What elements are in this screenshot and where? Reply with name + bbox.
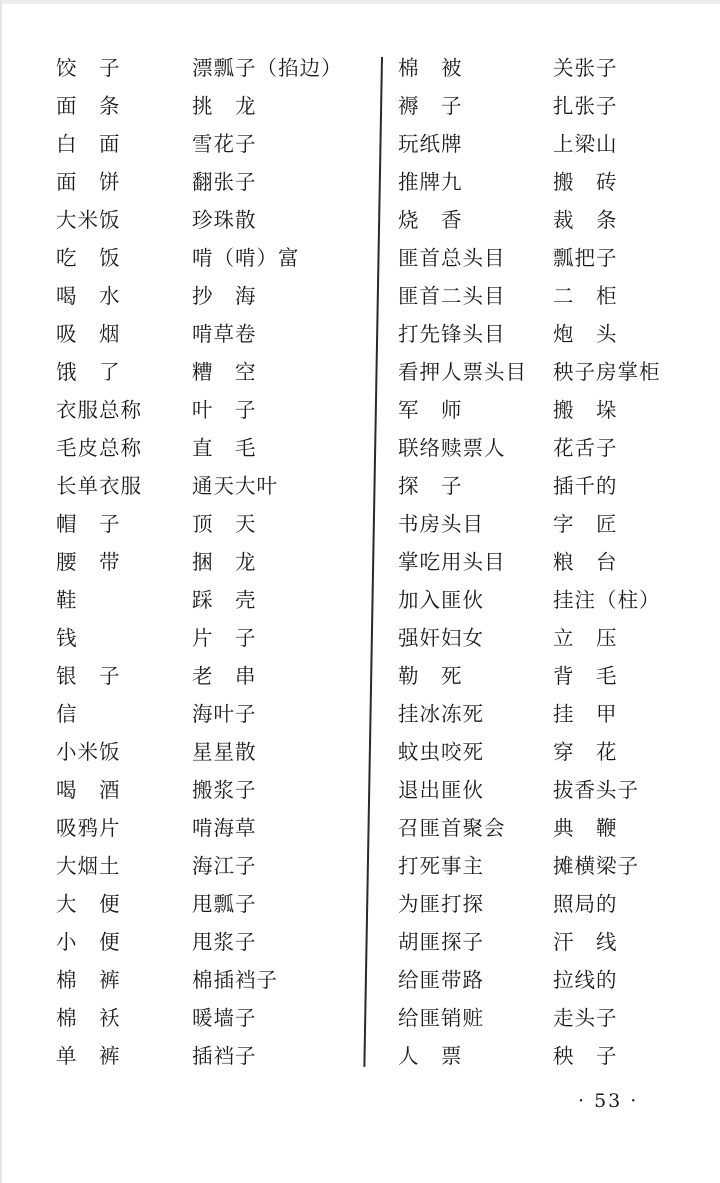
term-cell: 退出匪伙 — [398, 771, 527, 809]
term-cell: 信 — [56, 695, 142, 733]
slang-cell: 立 压 — [553, 619, 661, 657]
term-cell: 匪首总头目 — [398, 239, 527, 277]
slang-cell: 甩瓢子 — [192, 885, 343, 923]
term-cell: 毛皮总称 — [56, 429, 142, 467]
page-number: · 53 · — [578, 1090, 638, 1112]
term-cell: 大烟土 — [56, 847, 142, 885]
term-cell: 喝 酒 — [56, 771, 142, 809]
slang-cell: 叶 子 — [192, 391, 343, 429]
slang-cell: 珍珠散 — [192, 201, 343, 239]
slang-cell: 甩浆子 — [192, 923, 343, 961]
slang-cell: 秧 子 — [553, 1037, 661, 1075]
term-cell: 吸 烟 — [56, 315, 142, 353]
term-cell: 单 裤 — [56, 1037, 142, 1075]
right-term-column: 棉 被褥 子玩纸牌推牌九烧 香匪首总头目匪首二头目打先锋头目看押人票头目军 师联… — [398, 49, 527, 1075]
term-cell: 鞋 — [56, 581, 142, 619]
right-slang-column: 关张子扎张子上梁山搬 砖裁 条瓢把子二 柜炮 头秧子房掌柜搬 垛花舌子插千的字 … — [553, 49, 661, 1075]
term-cell: 玩纸牌 — [398, 125, 527, 163]
slang-cell: 抄 海 — [192, 277, 343, 315]
term-cell: 给匪带路 — [398, 961, 527, 999]
slang-cell: 炮 头 — [553, 315, 661, 353]
term-cell: 小 便 — [56, 923, 142, 961]
slang-cell: 片 子 — [192, 619, 343, 657]
slang-cell: 啃（啃）富 — [192, 239, 343, 277]
term-cell: 面 饼 — [56, 163, 142, 201]
slang-cell: 暖墙子 — [192, 999, 343, 1037]
term-cell: 人 票 — [398, 1037, 527, 1075]
term-cell: 挂冰冻死 — [398, 695, 527, 733]
slang-cell: 照局的 — [553, 885, 661, 923]
slang-cell: 背 毛 — [553, 657, 661, 695]
term-cell: 强奸妇女 — [398, 619, 527, 657]
term-cell: 棉 被 — [398, 49, 527, 87]
term-cell: 打先锋头目 — [398, 315, 527, 353]
term-cell: 匪首二头目 — [398, 277, 527, 315]
slang-cell: 直 毛 — [192, 429, 343, 467]
slang-cell: 捆 龙 — [192, 543, 343, 581]
slang-cell: 走头子 — [553, 999, 661, 1037]
term-cell: 探 子 — [398, 467, 527, 505]
left-term-column: 饺 子面 条白 面面 饼大米饭吃 饭喝 水吸 烟饿 了衣服总称毛皮总称长单衣服帽… — [56, 49, 142, 1075]
slang-cell: 二 柜 — [553, 277, 661, 315]
slang-cell: 海江子 — [192, 847, 343, 885]
slang-cell: 顶 天 — [192, 505, 343, 543]
slang-cell: 关张子 — [553, 49, 661, 87]
slang-cell: 搬浆子 — [192, 771, 343, 809]
slang-cell: 啃海草 — [192, 809, 343, 847]
slang-cell: 瓢把子 — [553, 239, 661, 277]
term-cell: 掌吃用头目 — [398, 543, 527, 581]
term-cell: 召匪首聚会 — [398, 809, 527, 847]
slang-cell: 秧子房掌柜 — [553, 353, 661, 391]
term-cell: 钱 — [56, 619, 142, 657]
term-cell: 为匪打探 — [398, 885, 527, 923]
slang-cell: 海叶子 — [192, 695, 343, 733]
slang-cell: 翻张子 — [192, 163, 343, 201]
term-cell: 长单衣服 — [56, 467, 142, 505]
term-cell: 军 师 — [398, 391, 527, 429]
slang-cell: 挑 龙 — [192, 87, 343, 125]
page-left-edge — [0, 0, 2, 1183]
term-cell: 吸鸦片 — [56, 809, 142, 847]
slang-cell: 插裆子 — [192, 1037, 343, 1075]
term-cell: 棉 裤 — [56, 961, 142, 999]
term-cell: 帽 子 — [56, 505, 142, 543]
term-cell: 大米饭 — [56, 201, 142, 239]
slang-cell: 雪花子 — [192, 125, 343, 163]
slang-cell: 老 串 — [192, 657, 343, 695]
term-cell: 给匪销赃 — [398, 999, 527, 1037]
term-cell: 小米饭 — [56, 733, 142, 771]
slang-cell: 踩 壳 — [192, 581, 343, 619]
term-cell: 白 面 — [56, 125, 142, 163]
slang-cell: 扎张子 — [553, 87, 661, 125]
term-cell: 饺 子 — [56, 49, 142, 87]
term-cell: 烧 香 — [398, 201, 527, 239]
page-top-edge — [0, 0, 720, 4]
term-cell: 联络赎票人 — [398, 429, 527, 467]
slang-cell: 搬 垛 — [553, 391, 661, 429]
slang-cell: 通天大叶 — [192, 467, 343, 505]
slang-cell: 挂 甲 — [553, 695, 661, 733]
slang-cell: 花舌子 — [553, 429, 661, 467]
term-cell: 胡匪探子 — [398, 923, 527, 961]
term-cell: 喝 水 — [56, 277, 142, 315]
left-slang-column: 漂瓢子（掐边）挑 龙雪花子翻张子珍珠散啃（啃）富抄 海啃草卷糟 空叶 子直 毛通… — [192, 49, 343, 1075]
term-cell: 蚊虫咬死 — [398, 733, 527, 771]
term-cell: 银 子 — [56, 657, 142, 695]
slang-cell: 糟 空 — [192, 353, 343, 391]
slang-cell: 漂瓢子（掐边） — [192, 49, 343, 87]
slang-cell: 拉线的 — [553, 961, 661, 999]
slang-cell: 字 匠 — [553, 505, 661, 543]
slang-cell: 啃草卷 — [192, 315, 343, 353]
slang-cell: 穿 花 — [553, 733, 661, 771]
term-cell: 腰 带 — [56, 543, 142, 581]
slang-cell: 摊横梁子 — [553, 847, 661, 885]
term-cell: 面 条 — [56, 87, 142, 125]
slang-cell: 星星散 — [192, 733, 343, 771]
term-cell: 推牌九 — [398, 163, 527, 201]
term-cell: 吃 饭 — [56, 239, 142, 277]
term-cell: 衣服总称 — [56, 391, 142, 429]
slang-cell: 插千的 — [553, 467, 661, 505]
slang-cell: 拔香头子 — [553, 771, 661, 809]
term-cell: 饿 了 — [56, 353, 142, 391]
slang-cell: 挂注（柱） — [553, 581, 661, 619]
slang-cell: 上梁山 — [553, 125, 661, 163]
term-cell: 棉 袄 — [56, 999, 142, 1037]
term-cell: 书房头目 — [398, 505, 527, 543]
book-page: 饺 子面 条白 面面 饼大米饭吃 饭喝 水吸 烟饿 了衣服总称毛皮总称长单衣服帽… — [0, 0, 720, 1183]
slang-cell: 粮 台 — [553, 543, 661, 581]
slang-cell: 典 鞭 — [553, 809, 661, 847]
term-cell: 勒 死 — [398, 657, 527, 695]
term-cell: 褥 子 — [398, 87, 527, 125]
term-cell: 看押人票头目 — [398, 353, 527, 391]
slang-cell: 汗 线 — [553, 923, 661, 961]
term-cell: 加入匪伙 — [398, 581, 527, 619]
slang-cell: 搬 砖 — [553, 163, 661, 201]
term-cell: 打死事主 — [398, 847, 527, 885]
slang-cell: 裁 条 — [553, 201, 661, 239]
term-cell: 大 便 — [56, 885, 142, 923]
slang-cell: 棉插裆子 — [192, 961, 343, 999]
column-divider — [363, 57, 383, 1067]
